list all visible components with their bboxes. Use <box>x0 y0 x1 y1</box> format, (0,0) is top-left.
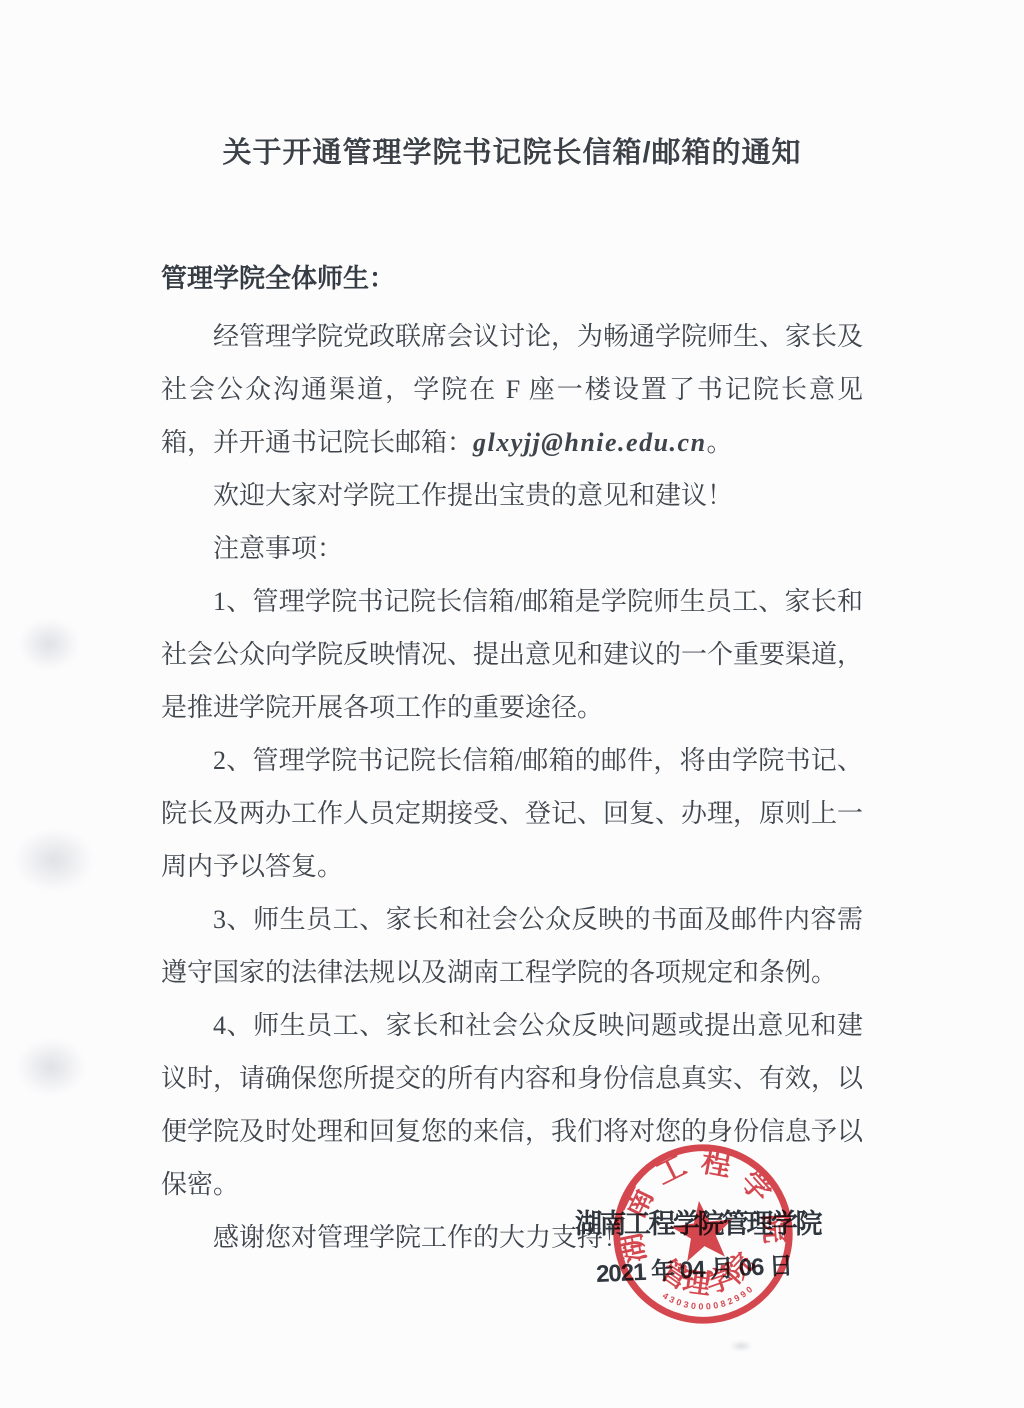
salutation: 管理学院全体师生： <box>161 252 863 305</box>
paragraph-intro: 经管理学院党政联席会议讨论，为畅通学院师生、家长及社会公众沟通渠道，学院在 F … <box>161 310 863 469</box>
scan-artifact <box>14 828 94 892</box>
document-page: 关于开通管理学院书记院长信箱/邮箱的通知 管理学院全体师生： 经管理学院党政联席… <box>0 0 1024 1408</box>
scan-artifact <box>730 1342 752 1350</box>
page-title: 关于开通管理学院书记院长信箱/邮箱的通知 <box>0 130 1024 171</box>
paragraph-welcome: 欢迎大家对学院工作提出宝贵的意见和建议！ <box>161 469 863 522</box>
intro-period: 。 <box>707 428 733 457</box>
paragraph-item-1: 1、管理学院书记院长信箱/邮箱是学院师生员工、家长和社会公众向学院反映情况、提出… <box>161 575 863 734</box>
scan-artifact <box>18 618 80 670</box>
seal-star-icon <box>668 1197 736 1263</box>
email-address: glxyjj@hnie.edu.cn <box>473 428 707 457</box>
scan-artifact <box>16 1038 86 1096</box>
official-seal: 湖南工程学院 管理学院 4303000082990 <box>594 1125 812 1343</box>
paragraph-item-3: 3、师生员工、家长和社会公众反映的书面及邮件内容需遵守国家的法律法规以及湖南工程… <box>161 893 863 999</box>
paragraph-notes-heading: 注意事项： <box>161 522 863 575</box>
document-body: 管理学院全体师生： 经管理学院党政联席会议讨论，为畅通学院师生、家长及社会公众沟… <box>161 252 863 1264</box>
paragraph-item-2: 2、管理学院书记院长信箱/邮箱的邮件，将由学院书记、院长及两办工作人员定期接受、… <box>161 734 863 893</box>
